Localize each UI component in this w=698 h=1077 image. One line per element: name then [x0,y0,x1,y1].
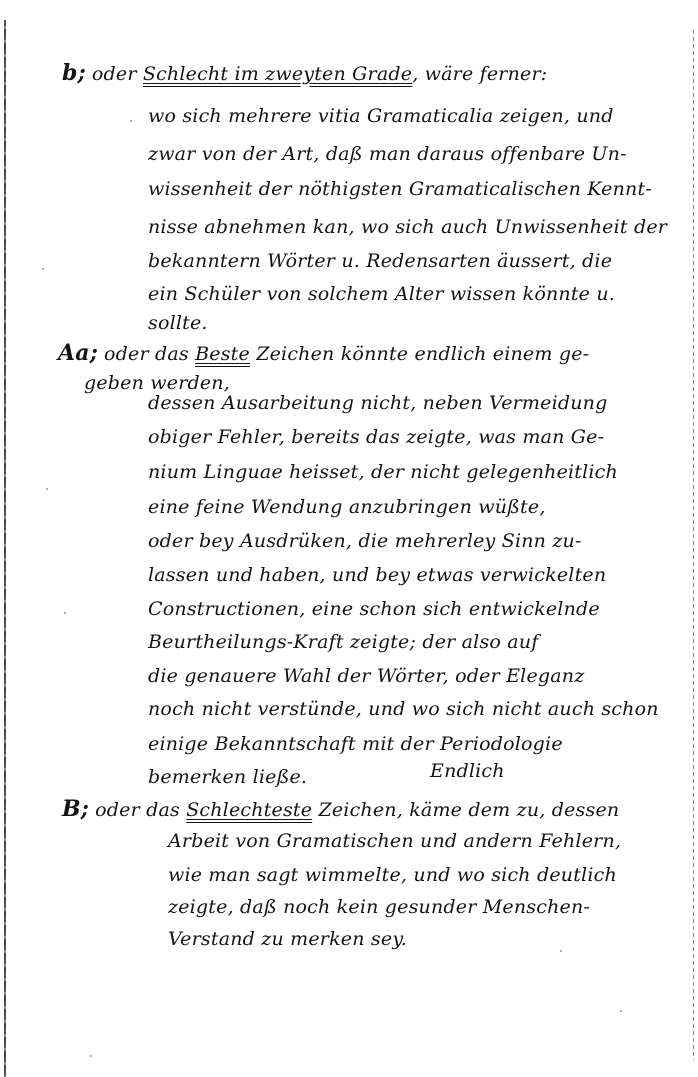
manuscript-page: b;oder Schlecht im zweyten Grade, wäre f… [0,0,698,1077]
section-b-line-8: sollte. [148,314,208,333]
underlined-term: Schlechteste [186,799,312,821]
scan-speck [46,488,48,490]
underlined-term: Schlecht im zweyten Grade [143,63,412,85]
line-text: Zeichen könnte endlich einem ge- [250,343,589,365]
section-aa-line-2: geben werden, [84,374,230,393]
scan-speck [42,268,44,270]
section-b-line-4: wissenheit der nöthigsten Gramaticalisch… [148,180,652,199]
section-aa-line-9: Constructionen, eine schon sich entwicke… [148,600,600,619]
scan-speck [64,612,66,614]
section-aa-line-11: die genauere Wahl der Wörter, oder Elega… [148,667,584,686]
scan-speck [620,1010,622,1012]
section-bb-line-2: Arbeit von Gramatischen und andern Fehle… [168,832,621,851]
section-aa-line-13: einige Bekanntschaft mit der Periodologi… [148,735,563,754]
line-text: Zeichen, käme dem zu, dessen [312,799,619,821]
page-right-edge [693,30,694,1060]
section-b-line-1: b;oder Schlecht im zweyten Grade, wäre f… [62,62,547,84]
line-text: oder das [95,799,186,821]
section-bb-line-1: B;oder das Schlechteste Zeichen, käme de… [62,798,619,820]
line-text: oder das [104,343,195,365]
section-aa-aside: Endlich [430,762,505,781]
section-aa-line-6: eine feine Wendung anzubringen wüßte, [148,498,546,517]
section-aa-line-1: Aa;oder das Beste Zeichen könnte endlich… [58,342,589,364]
line-text: oder [92,63,143,85]
scan-speck [90,1055,92,1057]
section-aa-line-3: dessen Ausarbeitung nicht, neben Vermeid… [148,394,607,413]
section-bb-line-4: zeigte, daß noch kein gesunder Menschen- [168,898,590,917]
section-aa-line-12: noch nicht verstünde, und wo sich nicht … [148,700,659,719]
line-text: , wäre ferner: [412,63,547,85]
section-aa-line-7: oder bey Ausdrüken, die mehrerley Sinn z… [148,532,582,551]
section-aa-line-5: nium Linguae heisset, der nicht gelegenh… [148,463,618,482]
section-marker-b: b; [62,60,86,86]
page-left-edge [4,20,6,1077]
section-aa-line-8: lassen und haben, und bey etwas verwicke… [148,566,606,585]
section-b-line-5: nisse abnehmen kan, wo sich auch Unwisse… [148,218,667,237]
section-b-line-3: zwar von der Art, daß man daraus offenba… [148,145,627,164]
section-aa-line-4: obiger Fehler, bereits das zeigte, was m… [148,428,604,447]
scan-speck [560,950,562,952]
section-aa-line-14: bemerken ließe. [148,768,307,787]
section-marker-bb: B; [62,796,89,822]
scan-speck [130,120,132,122]
section-bb-line-3: wie man sagt wimmelte, und wo sich deutl… [168,866,617,885]
section-marker-aa: Aa; [58,340,98,366]
section-b-line-6: bekanntern Wörter u. Redensarten äussert… [148,252,612,271]
section-bb-line-5: Verstand zu merken sey. [168,930,407,949]
underlined-term: Beste [195,343,250,365]
section-b-line-2: wo sich mehrere vitia Gramaticalia zeige… [148,107,614,126]
section-b-line-7: ein Schüler von solchem Alter wissen kön… [148,285,615,304]
section-aa-line-10: Beurtheilungs-Kraft zeigte; der also auf [148,633,539,652]
